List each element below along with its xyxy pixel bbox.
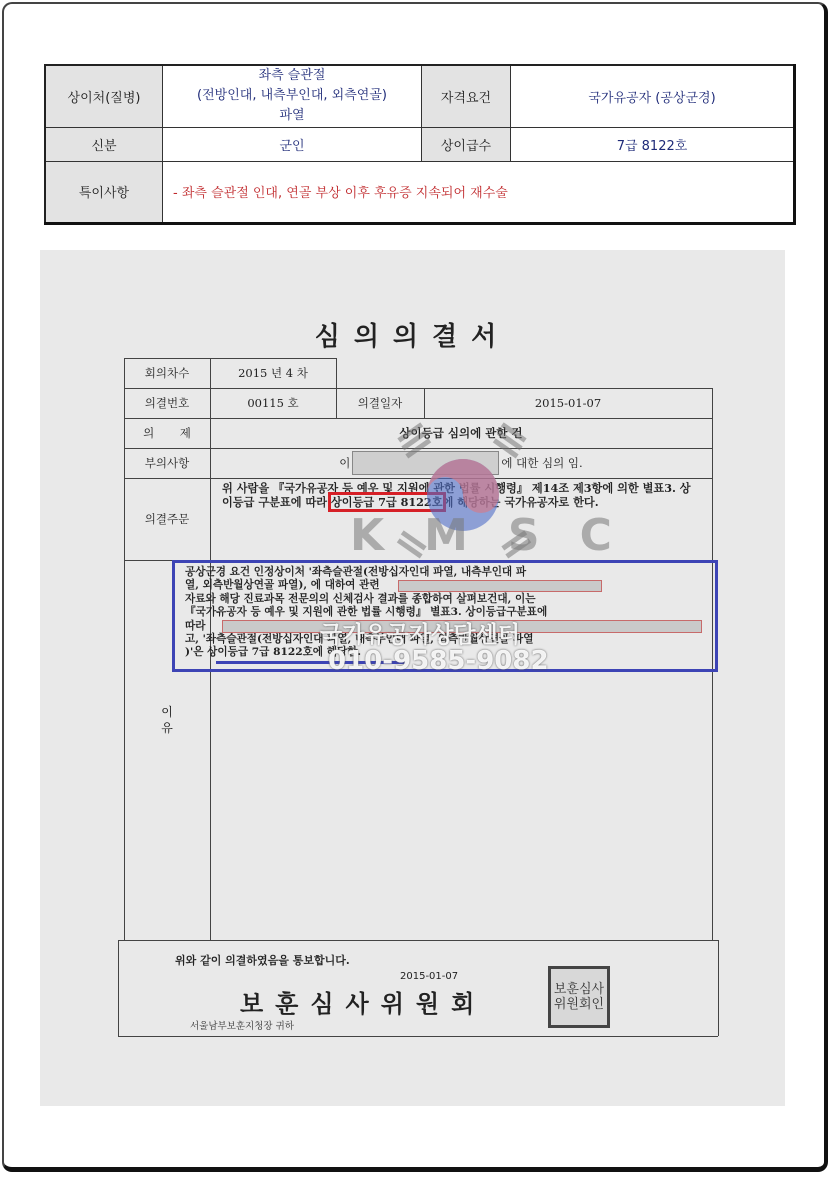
official-seal: 보훈심사위원회인 [548,966,610,1028]
qualification-value: 국가유공자 (공상군경) [511,65,795,127]
center-name-watermark: 국가유공자상담센터 [320,616,520,649]
injury-line: 좌측 슬관절 [163,66,421,86]
document-title: 심의의결서 [40,316,785,353]
decision-date-value: 2015-01-07 [424,388,712,418]
grade-value: 7급 8122호 [511,127,795,161]
agenda-label: 의 제 [124,418,210,448]
meeting-label: 회의차수 [124,358,210,388]
injury-line: 파열 [163,106,421,126]
notes-label: 특이사항 [45,161,163,223]
recipient: 서울남부보훈지청장 귀하 [190,1018,294,1032]
referral-prefix: 이 [339,455,350,471]
qualification-label: 자격요건 [422,65,511,127]
injury-label: 상이처(질병) [45,65,163,127]
kmsc-watermark: KMSC [350,510,652,561]
decision-date-label: 의결일자 [336,388,424,418]
meeting-value: 2015 년 4 차 [210,358,336,388]
decision-no-value: 00115 호 [210,388,336,418]
summary-table: 상이처(질병) 좌측 슬관절 (전방인대, 내측부인대, 외측연골) 파열 자격… [44,64,796,225]
reason-line: 자료와 해당 진료과목 전문의의 신체검사 결과를 종합하여 살펴보건대, 이는 [185,593,705,606]
notes-value: - 좌측 슬관절 인대, 연골 부상 이후 후유증 지속되어 재수술 [163,161,795,223]
redacted-text [398,580,602,592]
injury-line: (전방인대, 내측부인대, 외측연골) [163,86,421,106]
referral-label: 부의사항 [124,448,210,478]
status-label: 신분 [45,127,163,161]
grade-label: 상이급수 [422,127,511,161]
notice-text: 위와 같이 의결하였음을 통보합니다. [175,954,350,968]
status-value: 군인 [163,127,422,161]
scanned-document: 심의의결서 회의차수 2015 년 4 차 의결번호 00115 호 의결일자 … [40,250,785,1106]
reason-label: 이 유 [124,690,210,750]
footer-date: 2015-01-07 [400,970,458,984]
order-label: 의결주문 [124,478,210,560]
decision-no-label: 의결번호 [124,388,210,418]
injury-value: 좌측 슬관절 (전방인대, 내측부인대, 외측연골) 파열 [163,65,422,127]
committee-name: 보훈심사위원회 [240,984,486,1019]
phone-watermark: 010-9585-9082 [328,646,549,676]
